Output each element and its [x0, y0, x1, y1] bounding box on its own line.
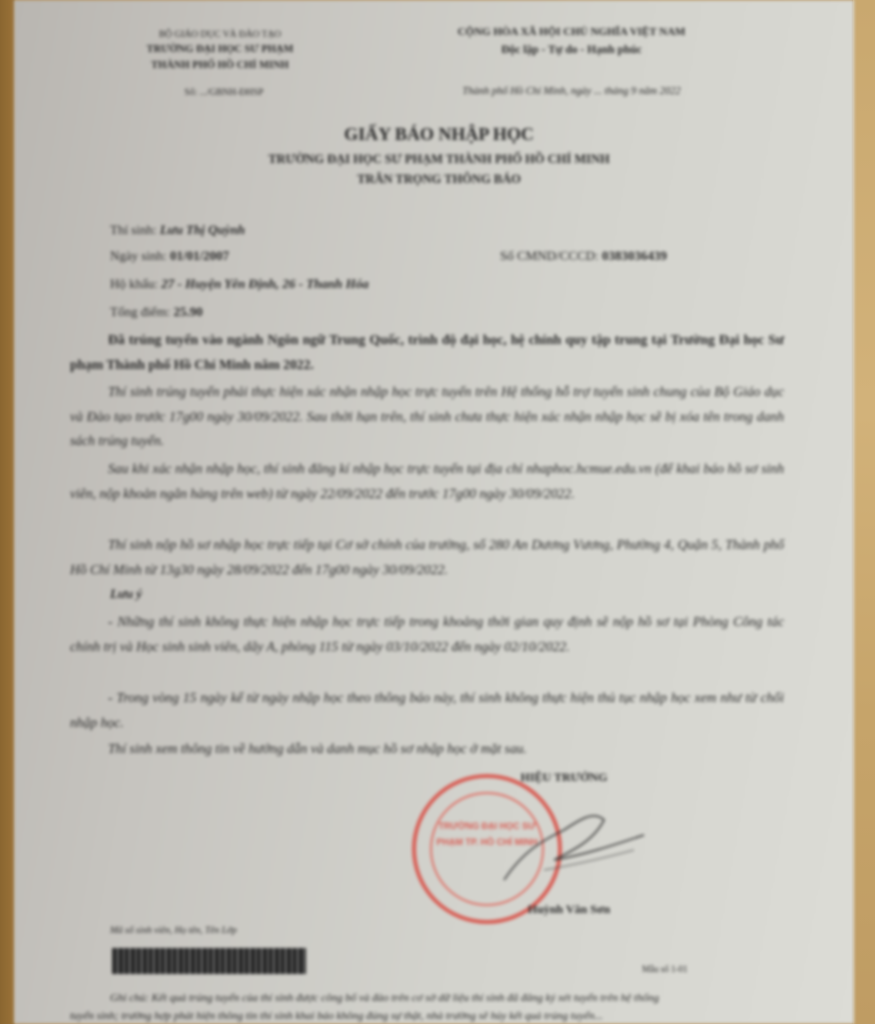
- student-dob-label: Ngày sinh:: [110, 248, 167, 263]
- place-and-date: Thành phố Hồ Chí Minh, ngày ... tháng 9 …: [394, 86, 749, 97]
- student-dob-value: 01/01/2007: [170, 248, 229, 263]
- see-back-paragraph: Thí sinh xem thông tin về hướng dẫn và d…: [70, 737, 784, 762]
- student-address-label: Hộ khẩu:: [110, 276, 158, 291]
- student-address-value: 27 - Huyện Yên Định, 26 - Thanh Hóa: [161, 276, 368, 291]
- student-name-label: Thí sinh:: [110, 222, 157, 237]
- note-label: Lưu ý: [110, 586, 142, 602]
- document-subtitle-1: TRƯỜNG ĐẠI HỌC SƯ PHẠM THÀNH PHỐ HỒ CHÍ …: [14, 152, 864, 167]
- student-id-label: Số CMND/CCCD:: [500, 248, 599, 263]
- admission-notice-paper: BỘ GIÁO DỤC VÀ ĐÀO TẠO TRƯỜNG ĐẠI HỌC SƯ…: [14, 0, 854, 1024]
- school-name-line2: THÀNH PHỐ HỒ CHÍ MINH: [110, 60, 330, 71]
- student-barcode: [112, 948, 306, 974]
- handwritten-signature: [484, 800, 654, 900]
- student-address-row: Hộ khẩu: 27 - Huyện Yên Định, 26 - Thanh…: [110, 276, 369, 292]
- student-name-value: Lưu Thị Quỳnh: [160, 222, 245, 237]
- note-item-2: - Trong vòng 15 ngày kể từ ngày nhập học…: [70, 686, 784, 735]
- school-name-line1: TRƯỜNG ĐẠI HỌC SƯ PHẠM: [110, 44, 330, 55]
- signer-name: Huỳnh Văn Sơn: [494, 902, 644, 917]
- student-dob-row: Ngày sinh: 01/01/2007: [110, 248, 229, 264]
- barcode-caption: Mã số sinh viên, Họ tên, Tên Lớp: [110, 926, 237, 936]
- footnote-line-1: Ghi chú: Kết quả trúng tuyển của thí sin…: [110, 992, 659, 1004]
- admission-paragraph: Đã trúng tuyển vào ngành Ngôn ngữ Trung …: [70, 328, 784, 377]
- form-reference: Mẫu số 1-01: [642, 964, 688, 974]
- nation-title: CỘNG HÒA XÃ HỘI CHỦ NGHĨA VIỆT NAM: [394, 26, 749, 38]
- student-score-label: Tổng điểm:: [110, 304, 170, 319]
- ministry-name: BỘ GIÁO DỤC VÀ ĐÀO TẠO: [110, 30, 330, 40]
- online-registration-paragraph: Sau khi xác nhận nhập học, thí sinh đăng…: [70, 457, 784, 506]
- in-person-submission-paragraph: Thí sinh nộp hồ sơ nhập học trực tiếp tạ…: [70, 533, 784, 582]
- document-subtitle-2: TRÂN TRỌNG THÔNG BÁO: [14, 172, 864, 187]
- online-confirmation-paragraph: Thí sinh trúng tuyển phải thực hiện xác …: [70, 380, 784, 454]
- footnote-line-2: tuyển sinh; trường hợp phát hiện thông t…: [70, 1010, 603, 1022]
- document-number: Số: .../GBNH-ĐHSP: [134, 88, 314, 98]
- student-name-row: Thí sinh: Lưu Thị Quỳnh: [110, 222, 245, 238]
- student-id-row: Số CMND/CCCD: 0383036439: [500, 248, 667, 264]
- document-title: GIẤY BÁO NHẬP HỌC: [14, 124, 864, 145]
- student-score-value: 25.90: [174, 304, 203, 319]
- national-motto: Độc lập - Tự do - Hạnh phúc: [394, 44, 749, 56]
- note-item-1: - Những thí sinh không thực hiện nhập họ…: [70, 610, 784, 659]
- student-id-value: 0383036439: [602, 248, 667, 263]
- student-score-row: Tổng điểm: 25.90: [110, 304, 203, 320]
